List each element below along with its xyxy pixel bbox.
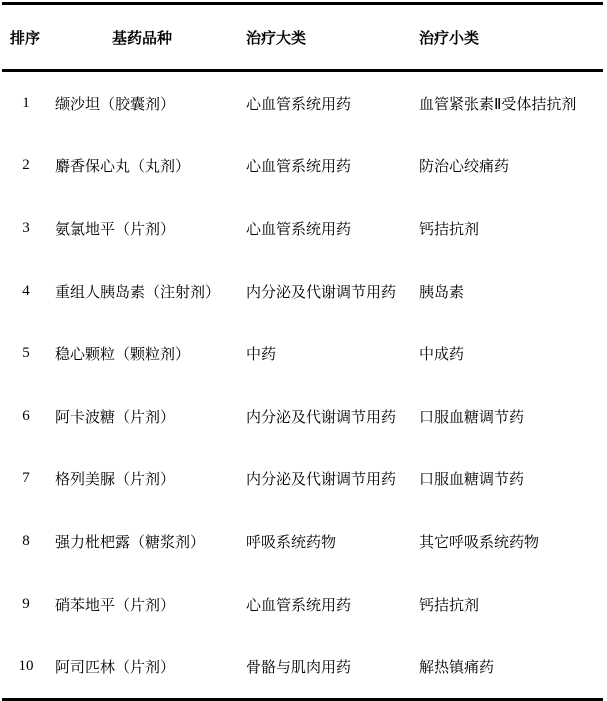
major-category-cell: 内分泌及代谢调节用药 [246,448,396,511]
major-category-cell: 中药 [246,322,276,385]
major-category-cell: 内分泌及代谢调节用药 [246,260,396,323]
drug-cell: 阿司匹林（片剂） [55,635,175,698]
header-minor-category: 治疗小类 [419,5,479,69]
rank-cell: 7 [2,448,50,511]
table-row: 6 阿卡波糖（片剂） 内分泌及代谢调节用药 口服血糖调节药 [2,385,603,448]
header-major-category: 治疗大类 [246,5,306,69]
table-row: 1 缬沙坦（胶囊剂） 心血管系统用药 血管紧张素Ⅱ受体拮抗剂 [2,72,603,135]
rank-cell: 1 [2,72,50,135]
minor-category-cell: 胰岛素 [419,260,464,323]
drug-cell: 缬沙坦（胶囊剂） [55,72,175,135]
rank-cell: 5 [2,322,50,385]
minor-category-cell: 口服血糖调节药 [419,448,524,511]
rank-cell: 3 [2,197,50,260]
minor-category-cell: 防治心绞痛药 [419,135,509,198]
drug-cell: 氨氯地平（片剂） [55,197,175,260]
major-category-cell: 心血管系统用药 [246,72,351,135]
header-drug: 基药品种 [112,5,172,69]
table-header: 排序 基药品种 治疗大类 治疗小类 [2,5,603,69]
minor-category-cell: 钙拮抗剂 [419,573,479,636]
bottom-rule [2,698,603,701]
minor-category-cell: 血管紧张素Ⅱ受体拮抗剂 [419,72,576,135]
drug-cell: 稳心颗粒（颗粒剂） [55,322,190,385]
rank-cell: 6 [2,385,50,448]
table-row: 10 阿司匹林（片剂） 骨骼与肌肉用药 解热镇痛药 [2,635,603,698]
drug-cell: 硝苯地平（片剂） [55,573,175,636]
major-category-cell: 骨骼与肌肉用药 [246,635,351,698]
minor-category-cell: 解热镇痛药 [419,635,494,698]
table-row: 8 强力枇杷露（糖浆剂） 呼吸系统药物 其它呼吸系统药物 [2,510,603,573]
header-rank: 排序 [10,5,40,69]
table-row: 5 稳心颗粒（颗粒剂） 中药 中成药 [2,322,603,385]
table-body: 1 缬沙坦（胶囊剂） 心血管系统用药 血管紧张素Ⅱ受体拮抗剂 2 麝香保心丸（丸… [2,72,603,698]
table-row: 4 重组人胰岛素（注射剂） 内分泌及代谢调节用药 胰岛素 [2,260,603,323]
major-category-cell: 心血管系统用药 [246,135,351,198]
table-row: 7 格列美脲（片剂） 内分泌及代谢调节用药 口服血糖调节药 [2,448,603,511]
drug-cell: 重组人胰岛素（注射剂） [55,260,220,323]
minor-category-cell: 口服血糖调节药 [419,385,524,448]
table-row: 9 硝苯地平（片剂） 心血管系统用药 钙拮抗剂 [2,573,603,636]
drug-cell: 阿卡波糖（片剂） [55,385,175,448]
rank-cell: 2 [2,135,50,198]
rank-cell: 10 [2,635,50,698]
minor-category-cell: 其它呼吸系统药物 [419,510,539,573]
rank-cell: 4 [2,260,50,323]
rank-cell: 8 [2,510,50,573]
table-row: 3 氨氯地平（片剂） 心血管系统用药 钙拮抗剂 [2,197,603,260]
major-category-cell: 心血管系统用药 [246,197,351,260]
table-row: 2 麝香保心丸（丸剂） 心血管系统用药 防治心绞痛药 [2,135,603,198]
drug-cell: 麝香保心丸（丸剂） [55,135,190,198]
major-category-cell: 呼吸系统药物 [246,510,336,573]
drug-cell: 强力枇杷露（糖浆剂） [55,510,205,573]
drug-cell: 格列美脲（片剂） [55,448,175,511]
major-category-cell: 内分泌及代谢调节用药 [246,385,396,448]
minor-category-cell: 钙拮抗剂 [419,197,479,260]
major-category-cell: 心血管系统用药 [246,573,351,636]
minor-category-cell: 中成药 [419,322,464,385]
rank-cell: 9 [2,573,50,636]
drug-ranking-table: 排序 基药品种 治疗大类 治疗小类 1 缬沙坦（胶囊剂） 心血管系统用药 血管紧… [2,2,603,701]
